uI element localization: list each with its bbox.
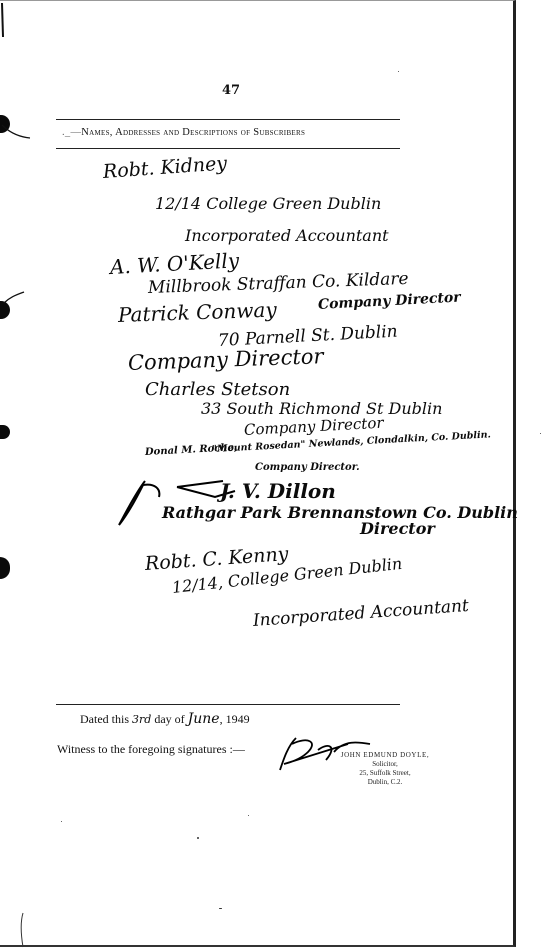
witness-stamp: JOHN EDMUND DOYLE, Solicitor, 25, Suffol… (330, 751, 440, 787)
dated-day: 3rd (132, 713, 151, 726)
subscriber-signature: Patrick Conway (118, 297, 277, 327)
subscriber-description: Incorporated Accountant (185, 226, 389, 245)
binding-stroke-mark (0, 289, 30, 309)
dated-day-of: day of (154, 712, 184, 726)
dated-year: , 1949 (220, 712, 250, 726)
header-rule-bottom (56, 148, 400, 149)
scan-speck (197, 837, 199, 839)
scan-speck (219, 908, 222, 909)
subscriber-signature: Robt. Kidney (102, 152, 228, 183)
dated-month: June (188, 711, 220, 727)
dated-line: Dated this 3rd day of June, 1949 (80, 711, 250, 727)
subscriber-description: Director (360, 519, 435, 538)
dated-prefix: Dated this (80, 712, 129, 726)
stamp-name: JOHN EDMUND DOYLE, (330, 751, 440, 760)
page-number: 47 (222, 83, 240, 98)
scan-speck (61, 821, 62, 822)
scan-speck (398, 71, 399, 72)
stamp-street: 25, Suffolk Street, (330, 769, 440, 778)
binding-stroke-mark (0, 119, 40, 144)
header-rule-top (56, 119, 400, 120)
scan-speck (540, 433, 541, 434)
binding-hole-mark (0, 425, 10, 439)
edge-mark (18, 911, 28, 948)
footer-rule (56, 704, 400, 705)
witness-signature: J. E. Doyle (302, 735, 307, 736)
subscriber-description: Incorporated Accountant (252, 596, 469, 631)
document-page: 47 ._—Names, Addresses and Descriptions … (0, 0, 516, 947)
witness-label: Witness to the foregoing signatures :— (57, 742, 245, 757)
subscriber-signature: A. W. O'Kelly (109, 248, 239, 279)
binding-hole-mark (0, 557, 10, 579)
subscriber-description: Company Director (318, 290, 461, 313)
subscriber-signature: Charles Stetson (145, 379, 290, 400)
subscriber-address: Rathgar Park Brennanstown Co. Dublin (162, 503, 518, 522)
subscriber-description: Company Director (128, 344, 324, 375)
section-heading: ._—Names, Addresses and Descriptions of … (62, 127, 305, 138)
subscriber-address: 12/14 College Green Dublin (155, 194, 381, 213)
subscriber-address: 33 South Richmond St Dublin (201, 399, 442, 418)
stamp-city: Dublin, C.2. (330, 778, 440, 787)
scan-speck (248, 815, 249, 816)
subscriber-description: Company Director. (255, 462, 360, 473)
stamp-title: Solicitor, (330, 760, 440, 769)
edge-mark (0, 1, 10, 41)
subscriber-signature: J. V. Dillon (220, 479, 336, 503)
